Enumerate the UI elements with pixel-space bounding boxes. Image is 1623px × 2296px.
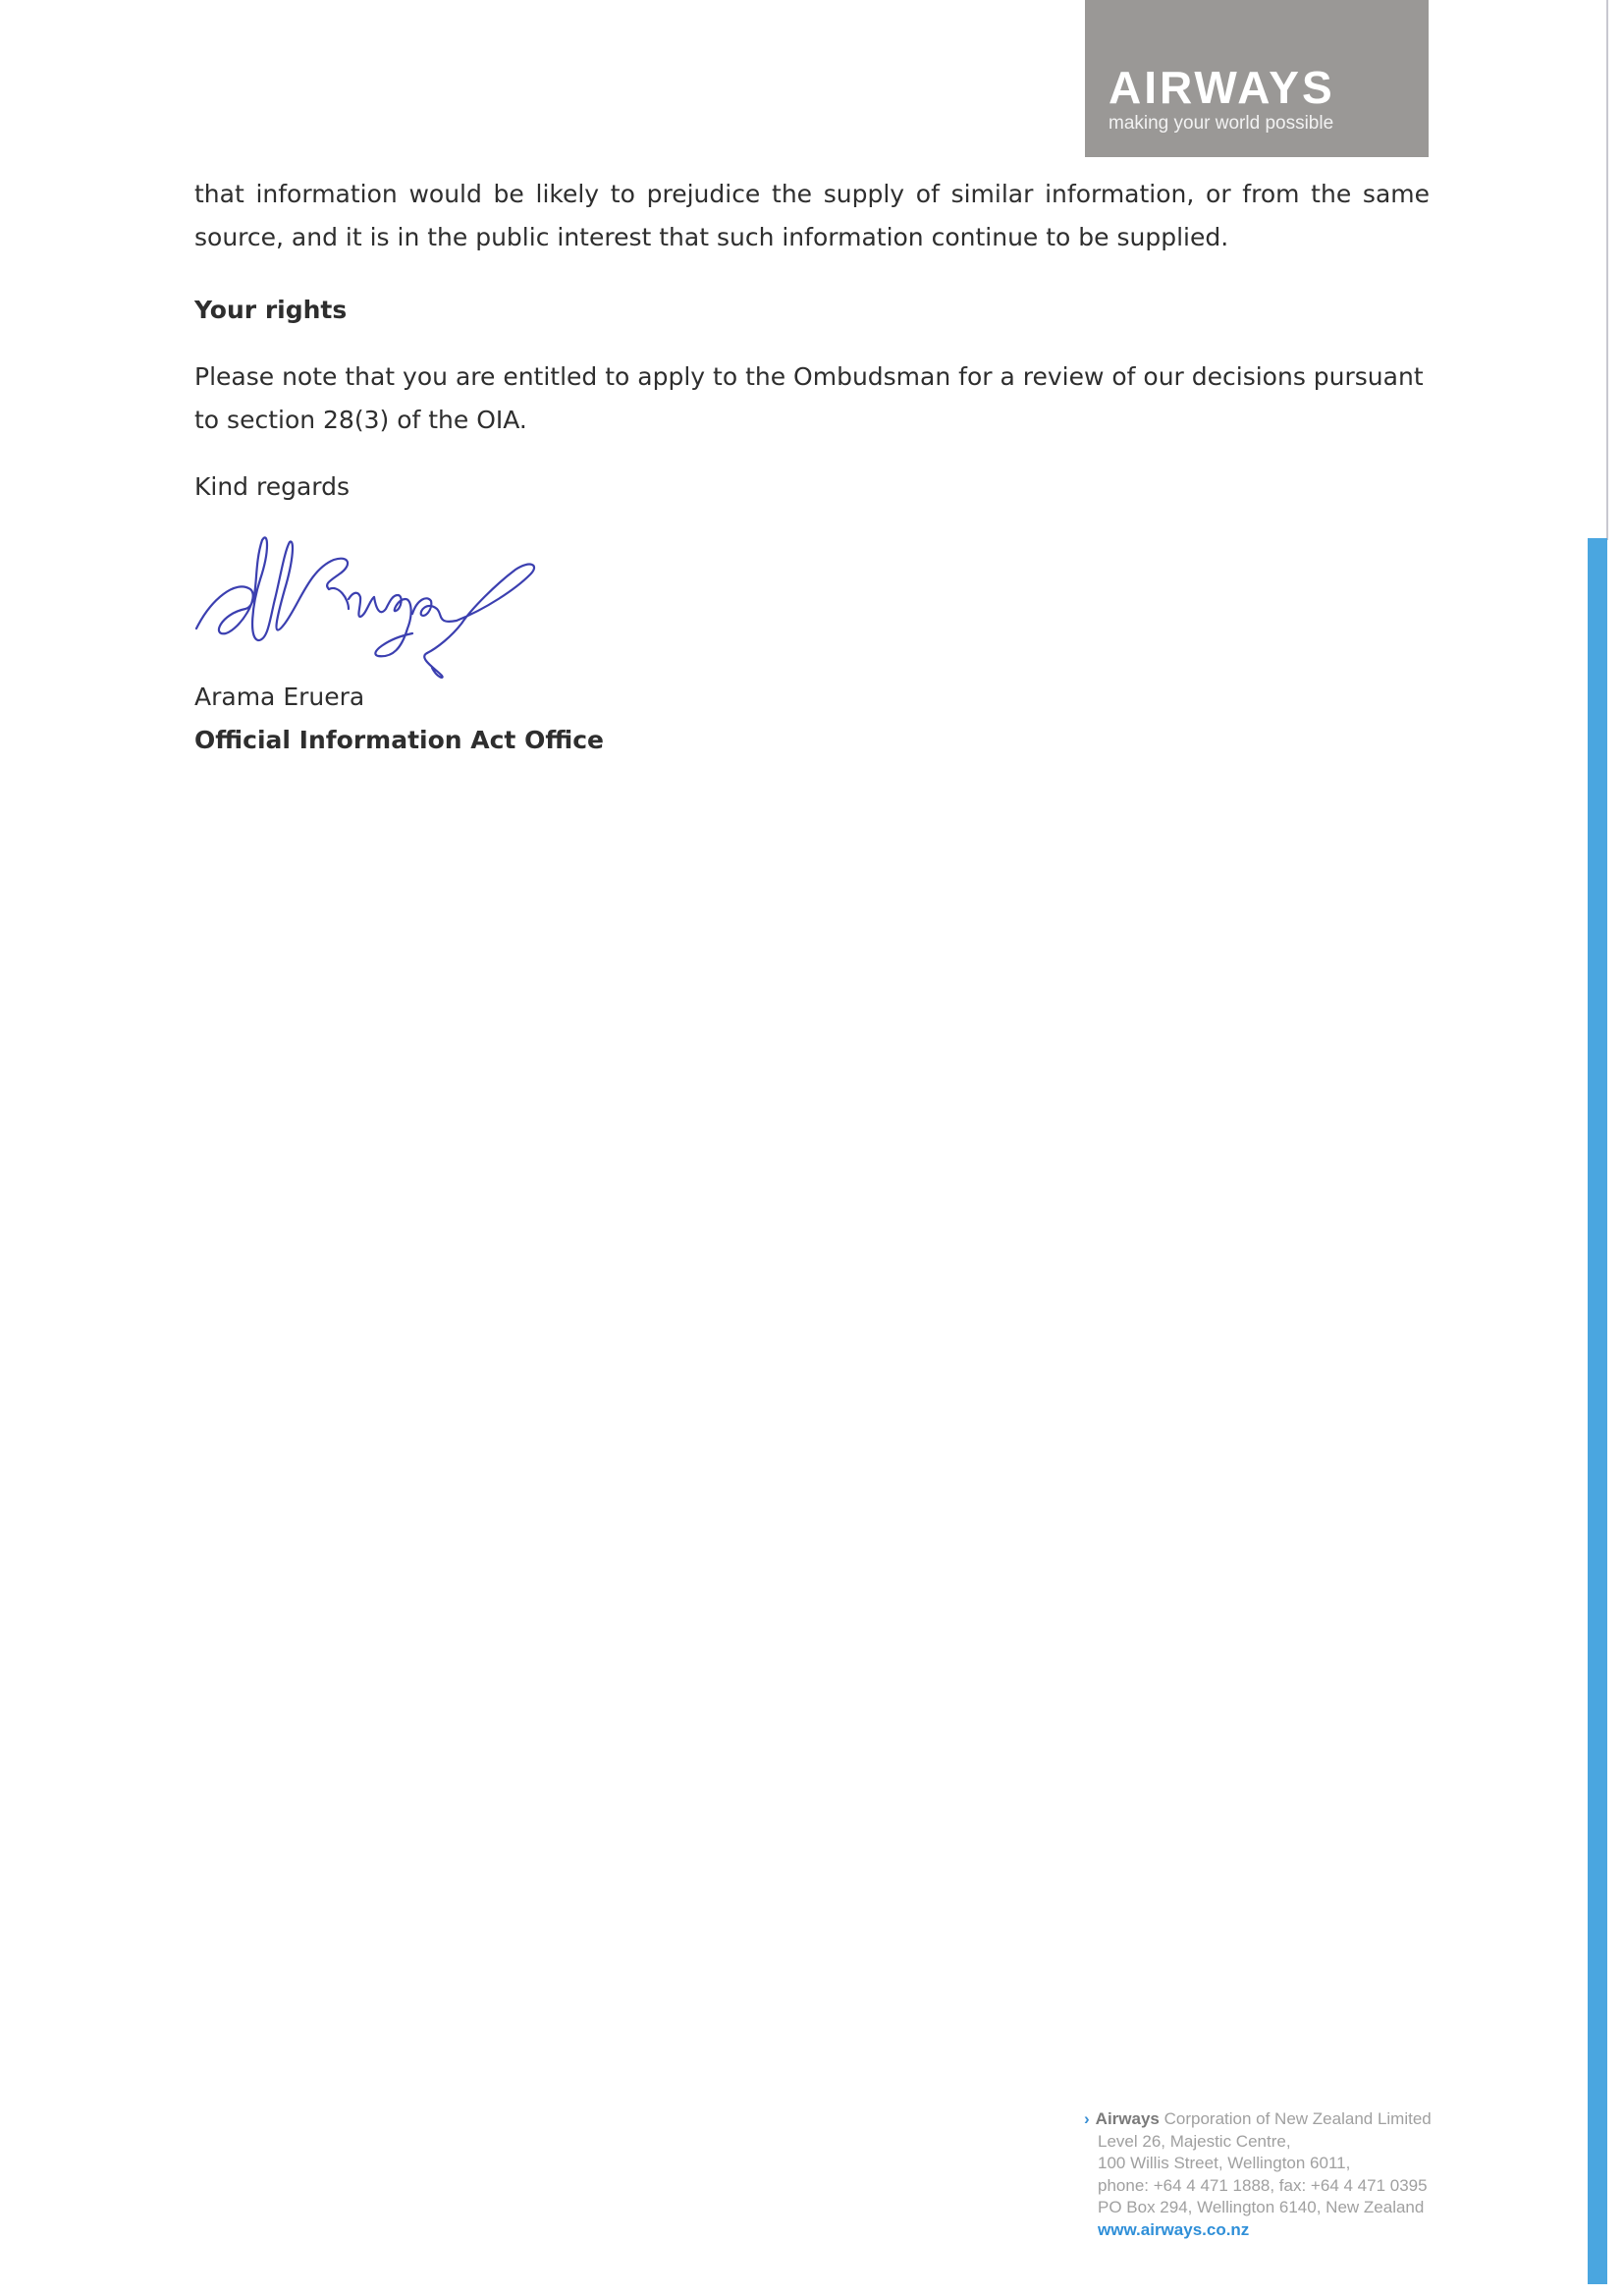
- footer-address-line: 100 Willis Street, Wellington 6011,: [1084, 2153, 1432, 2175]
- page-edge-rule: [1606, 0, 1608, 540]
- footer-company-name: Corporation of New Zealand Limited: [1164, 2109, 1432, 2128]
- footer-address-line: Level 26, Majestic Centre,: [1084, 2131, 1432, 2154]
- signatory-office: Official Information Act Office: [194, 719, 1430, 762]
- footer-brand: Airways: [1096, 2109, 1160, 2128]
- chevron-right-icon: ›: [1084, 2109, 1090, 2128]
- rights-heading: Your rights: [194, 289, 1430, 332]
- accent-side-bar: [1588, 538, 1607, 2284]
- rights-paragraph: Please note that you are entitled to app…: [194, 355, 1430, 442]
- closing-salutation: Kind regards: [194, 465, 1430, 509]
- footer-website-link[interactable]: www.airways.co.nz: [1084, 2219, 1432, 2242]
- footer-phone-line: phone: +64 4 471 1888, fax: +64 4 471 03…: [1084, 2175, 1432, 2198]
- handwritten-signature: [191, 530, 545, 687]
- footer-company-line: ›Airways Corporation of New Zealand Limi…: [1084, 2108, 1432, 2131]
- footer-po-box-line: PO Box 294, Wellington 6140, New Zealand: [1084, 2197, 1432, 2219]
- logo-tagline: making your world possible: [1109, 113, 1333, 135]
- continued-paragraph: that information would be likely to prej…: [194, 173, 1430, 259]
- logo-wordmark: AIRWAYS: [1109, 61, 1335, 114]
- airways-logo: AIRWAYS making your world possible: [1085, 0, 1429, 157]
- signatory-name: Arama Eruera: [194, 676, 1430, 719]
- company-footer: ›Airways Corporation of New Zealand Limi…: [1084, 2108, 1432, 2241]
